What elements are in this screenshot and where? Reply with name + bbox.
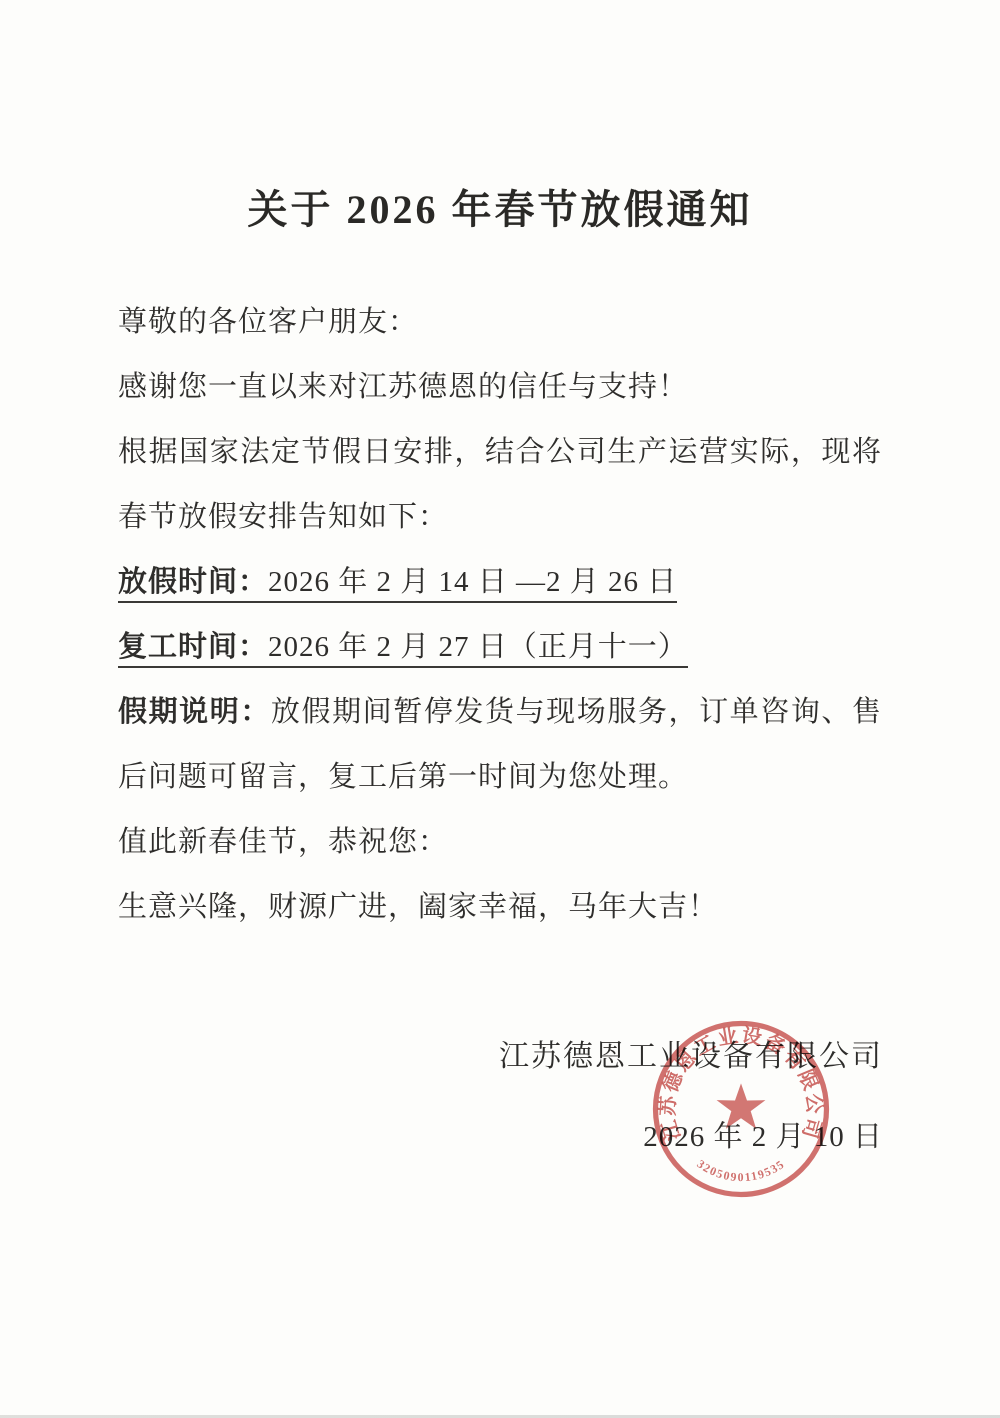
holiday-time-underline: 放假时间：2026 年 2 月 14 日 —2 月 26 日	[118, 566, 677, 603]
holiday-note-label: 假期说明：	[118, 696, 271, 728]
resume-time-underline: 复工时间：2026 年 2 月 27 日（正月十一）	[118, 631, 688, 668]
signature-company-name: 江苏德恩工业设备有限公司	[0, 1024, 883, 1090]
greeting-line: 值此新春佳节，恭祝您：	[118, 810, 882, 875]
document-title: 关于 2026 年春节放假通知	[0, 0, 1000, 234]
holiday-time-value: 2026 年 2 月 14 日 —2 月 26 日	[268, 566, 677, 598]
thanks-line: 感谢您一直以来对江苏德恩的信任与支持！	[118, 355, 882, 420]
signature-date: 2026 年 2 月 10 日	[0, 1104, 883, 1170]
document-page: 关于 2026 年春节放假通知 尊敬的各位客户朋友： 感谢您一直以来对江苏德恩的…	[0, 0, 1000, 1418]
holiday-note-paragraph: 假期说明：放假期间暂停发货与现场服务，订单咨询、售后问题可留言，复工后第一时间为…	[118, 680, 882, 810]
holiday-time-label: 放假时间：	[118, 566, 268, 598]
document-body: 尊敬的各位客户朋友： 感谢您一直以来对江苏德恩的信任与支持！ 根据国家法定节假日…	[118, 290, 882, 940]
resume-time-value: 2026 年 2 月 27 日（正月十一）	[268, 631, 688, 663]
salutation-line: 尊敬的各位客户朋友：	[118, 290, 882, 355]
signature-block: 江苏德恩工业设备有限公司 2026 年 2 月 10 日	[0, 1024, 883, 1170]
holiday-time-line: 放假时间：2026 年 2 月 14 日 —2 月 26 日	[118, 550, 882, 615]
resume-time-label: 复工时间：	[118, 631, 268, 663]
wishes-line: 生意兴隆，财源广进，阖家幸福，马年大吉！	[118, 875, 882, 940]
resume-time-line: 复工时间：2026 年 2 月 27 日（正月十一）	[118, 615, 882, 680]
intro-paragraph: 根据国家法定节假日安排，结合公司生产运营实际，现将春节放假安排告知如下：	[118, 420, 882, 550]
